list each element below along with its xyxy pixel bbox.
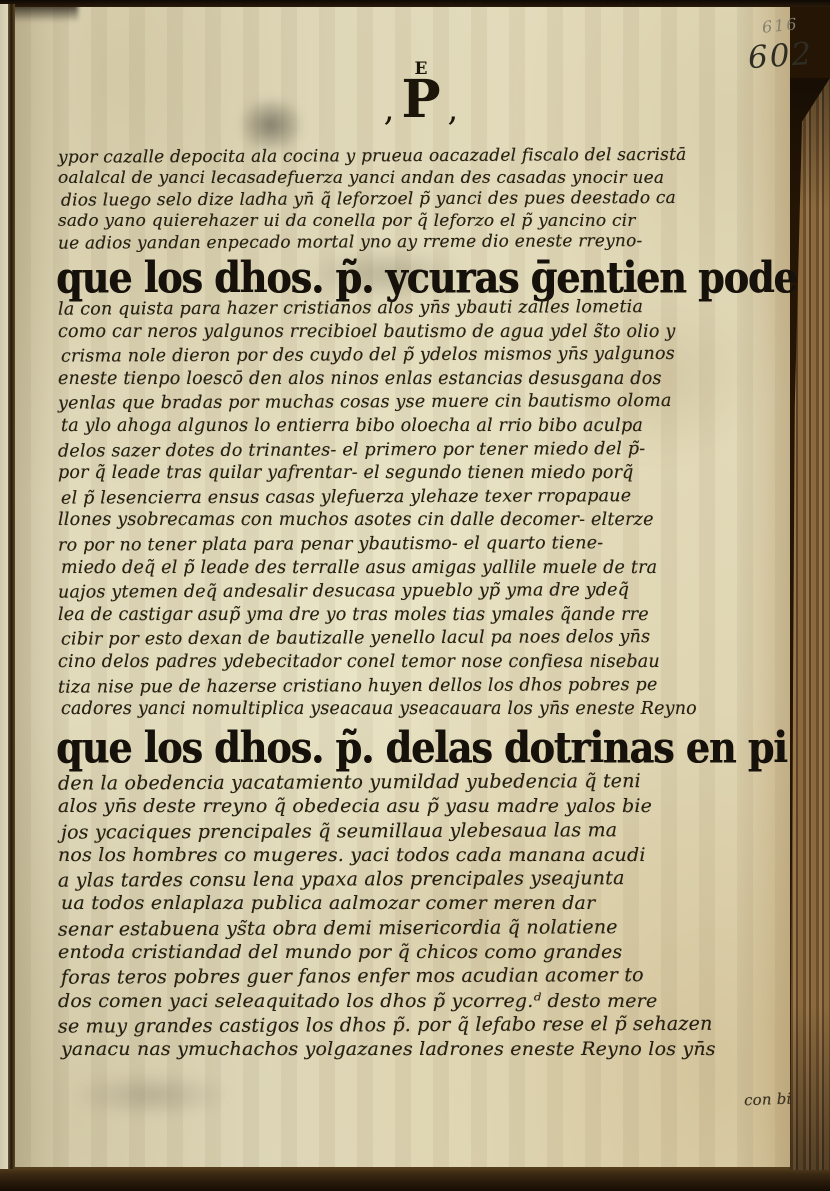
manuscript-line: lea de castigar asup̃ yma dre yo tras mo… [58,604,793,628]
manuscript-line: entoda cristiandad del mundo por q̃ chic… [58,940,793,964]
header-mark-right-comma: , [448,94,459,124]
manuscript-line: sado yano quierehazer ui da conella por … [58,211,793,233]
header-mark: E , P , [376,62,466,124]
paragraph-obediencia: den la obedencia yacatamiento yumildad y… [58,770,793,1062]
header-mark-main-letter: P [401,76,440,124]
manuscript-line: cino delos padres ydebecitador conel tem… [58,651,793,675]
manuscript-line: por q̃ leade tras quilar yafrentar- el s… [58,462,793,486]
manuscript-line: eneste tienpo loescō den alos ninos enla… [58,368,793,392]
manuscript-scan: 616 602 E , P , ypor cazalle depocita al… [0,0,830,1191]
manuscript-line: uajos ytemen deq̃ andesalir desucasa ypu… [58,579,793,606]
manuscript-line: delos sazer dotes do trinantes- el prime… [58,437,793,464]
manuscript-line: cadores yanci nomultiplica yseacaua ysea… [61,698,793,722]
manuscript-line: dos comen yaci seleaquitado los dhos p̃ … [58,989,793,1013]
manuscript-line: ro por no tener plata para penar ybautis… [58,531,793,558]
manuscript-line: yanacu nas ymuchachos yolgazanes ladrone… [61,1037,793,1061]
page-block-edge-shading [790,78,830,1170]
book-edge-top [0,0,830,7]
manuscript-line: senar estabuena ys̃ta obra demi miserico… [58,914,793,942]
manuscript-line: el p̃ lesencierra ensus casas ylefuerza … [61,484,793,511]
binding-gutter [8,4,15,1169]
manuscript-line: crisma nole dieron por des cuydo del p̃ … [61,343,793,370]
heading-dotrinas: que los dhos. p̃. delas dotrinas en pi [56,722,796,772]
manuscript-line: ua todos enlaplaza publica aalmozar come… [61,891,793,915]
manuscript-line: a ylas tardes consu lena ypaxa alos pren… [58,866,793,894]
manuscript-line: ta ylo ahoga algunos lo entierra bibo ol… [61,415,793,439]
heading-padres-curas: que los dhos. p̃. ycuras ḡentien pode [56,252,796,302]
manuscript-line: la con quista para hazer cristianos alos… [58,295,793,322]
manuscript-line: nos los hombres co mugeres. yaci todos c… [58,843,793,867]
manuscript-line: ypor cazalle depocita ala cocina y prueu… [58,144,793,169]
book-edge-bottom [0,1167,830,1191]
manuscript-line: tiza nise pue de hazerse cristiano huyen… [58,673,793,700]
manuscript-line: como car neros yalgunos rrecibioel bauti… [58,321,793,345]
manuscript-line: se muy grandes castigos los dhos p̃. por… [58,1011,793,1039]
header-mark-left-comma: , [384,94,395,124]
paragraph-intro: ypor cazalle depocita ala cocina y prueu… [58,146,793,254]
manuscript-line: yenlas que bradas por muchas cosas yse m… [58,390,793,417]
manuscript-line: den la obedencia yacatamiento yumildad y… [58,768,793,796]
folio-number-ink: 602 [747,36,815,76]
manuscript-line: cibir por esto dexan de bautizalle yenel… [61,626,793,653]
manuscript-line: oalalcal de yanci lecasadefuerza yanci a… [58,168,793,190]
paragraph-bautismo: la con quista para hazer cristianos alos… [58,297,793,722]
facing-page-sliver [0,4,8,1169]
manuscript-line: miedo deq̃ el p̃ leade des terralle asus… [61,557,793,581]
manuscript-line: alos yn̄s deste rreyno q̃ obedecia asu p… [58,794,793,818]
manuscript-line: jos ycaciques prencipales q̃ seumillaua … [61,817,793,844]
manuscript-line: dios luego selo dize ladha yn̄ q̃ leforz… [61,187,793,212]
folio-number-pencil: 616 [761,14,799,37]
manuscript-line: foras teros pobres guer fanos enfer mos … [61,963,793,990]
manuscript-line: llones ysobrecamas con muchos asotes cin… [58,509,793,533]
